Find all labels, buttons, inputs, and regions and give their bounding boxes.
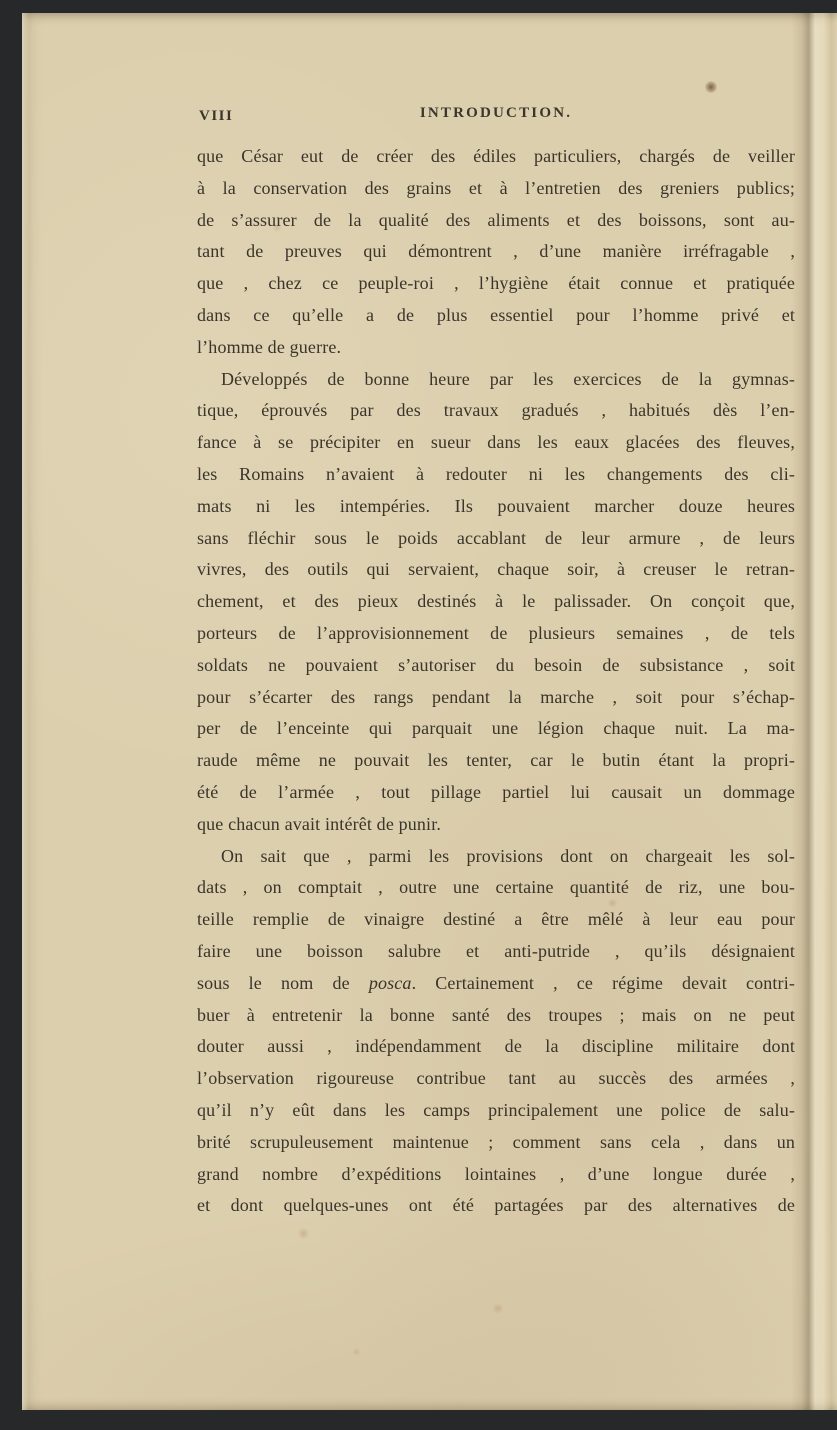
foxing-spot bbox=[297, 1228, 310, 1239]
text-line: l’homme de guerre. bbox=[197, 332, 795, 364]
text-line: Développés de bonne heure par les exerci… bbox=[197, 364, 795, 396]
text-line-with-italic: sous le nom de posca. Certainement , ce … bbox=[197, 968, 795, 1000]
text-line: pour s’écarter des rangs pendant la marc… bbox=[197, 682, 795, 714]
text-line: dats , on comptait , outre une certaine … bbox=[197, 872, 795, 904]
text-line: douter aussi , indépendamment de la disc… bbox=[197, 1031, 795, 1063]
text-line: mats ni les intempéries. Ils pouvaient m… bbox=[197, 491, 795, 523]
text-line: tique, éprouvés par des travaux gradués … bbox=[197, 395, 795, 427]
foxing-spot bbox=[705, 81, 717, 93]
foxing-spot bbox=[492, 1303, 504, 1314]
page-left-edge bbox=[22, 13, 29, 1410]
text-line: que César eut de créer des édiles partic… bbox=[197, 141, 795, 173]
text-line: brité scrupuleusement maintenue ; commen… bbox=[197, 1127, 795, 1159]
page-curl-edge bbox=[791, 13, 837, 1410]
text-line: l’observation rigoureuse contribue tant … bbox=[197, 1063, 795, 1095]
text-line: de s’assurer de la qualité des aliments … bbox=[197, 205, 795, 237]
foxing-spot bbox=[352, 1348, 361, 1356]
text-line: et dont quelques-unes ont été partagées … bbox=[197, 1190, 795, 1222]
text-segment: sous le nom de bbox=[197, 973, 369, 993]
running-title: INTRODUCTION. bbox=[197, 105, 795, 122]
text-segment: . Certainement , ce régime devait contri… bbox=[412, 973, 795, 993]
paper-page: VIII INTRODUCTION. que César eut de crée… bbox=[22, 13, 837, 1410]
text-line: per de l’enceinte qui parquait une légio… bbox=[197, 713, 795, 745]
text-line: teille remplie de vinaigre destiné a êtr… bbox=[197, 904, 795, 936]
text-line: qu’il n’y eût dans les camps principalem… bbox=[197, 1095, 795, 1127]
text-line: chement, et des pieux destinés à le pali… bbox=[197, 586, 795, 618]
text-line: grand nombre d’expéditions lointaines , … bbox=[197, 1159, 795, 1191]
text-line: dans ce qu’elle a de plus essentiel pour… bbox=[197, 300, 795, 332]
italic-term: posca bbox=[369, 973, 412, 993]
text-line: été de l’armée , tout pillage partiel lu… bbox=[197, 777, 795, 809]
text-line: vivres, des outils qui servaient, chaque… bbox=[197, 554, 795, 586]
text-block: que César eut de créer des édiles partic… bbox=[197, 141, 795, 1222]
text-line: fance à se précipiter en sueur dans les … bbox=[197, 427, 795, 459]
text-line: que , chez ce peuple-roi , l’hygiène éta… bbox=[197, 268, 795, 300]
text-line: à la conservation des grains et à l’entr… bbox=[197, 173, 795, 205]
text-line: porteurs de l’approvisionnement de plusi… bbox=[197, 618, 795, 650]
text-line: soldats ne pouvaient s’autoriser du beso… bbox=[197, 650, 795, 682]
text-line: les Romains n’avaient à redouter ni les … bbox=[197, 459, 795, 491]
text-line: faire une boisson salubre et anti-putrid… bbox=[197, 936, 795, 968]
scanned-book-page: VIII INTRODUCTION. que César eut de crée… bbox=[0, 0, 837, 1430]
text-line: tant de preuves qui démontrent , d’une m… bbox=[197, 236, 795, 268]
text-line: raude même ne pouvait les tenter, car le… bbox=[197, 745, 795, 777]
text-line: buer à entretenir la bonne santé des tro… bbox=[197, 1000, 795, 1032]
page-number: VIII bbox=[199, 108, 233, 125]
text-line: que chacun avait intérêt de punir. bbox=[197, 809, 795, 841]
text-line: On sait que , parmi les provisions dont … bbox=[197, 841, 795, 873]
page-header: VIII INTRODUCTION. bbox=[197, 105, 795, 127]
text-line: sans fléchir sous le poids accablant de … bbox=[197, 523, 795, 555]
